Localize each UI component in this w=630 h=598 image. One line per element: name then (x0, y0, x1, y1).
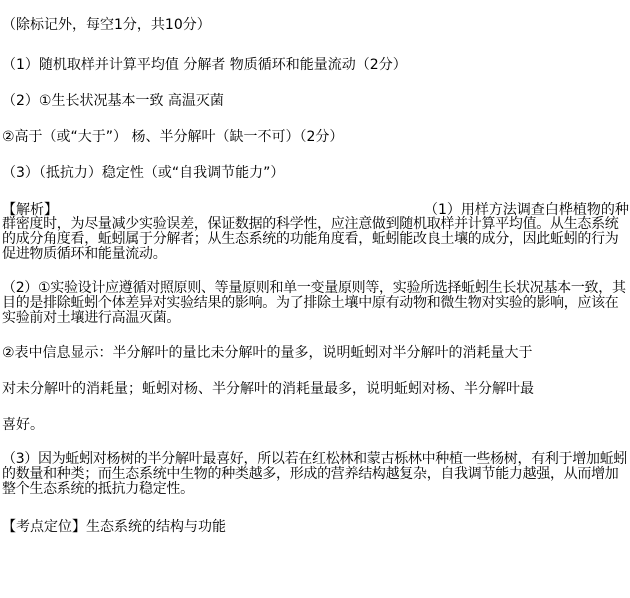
analysis-p2: （2）①实验设计应遵循对照原则、等量原则和单一变量原则等，实验所选择蚯蚓生长状况… (2, 281, 628, 326)
scoring-note: （除标记外，每空1分，共10分） (2, 17, 211, 33)
answer-part3: （3）（抵抗力）稳定性（或“自我调节能力”） (2, 165, 284, 181)
analysis-p3-line2: 对未分解叶的消耗量；蚯蚓对杨、半分解叶的消耗量最多，说明蚯蚓对杨、半分解叶最 (2, 381, 534, 397)
analysis-p3-line3: 喜好。 (2, 417, 44, 433)
knowledge-point: 【考点定位】生态系统的结构与功能 (2, 519, 226, 535)
answer-part2-1: （2）①生长状况基本一致 高温灭菌 (2, 93, 224, 109)
analysis-p4: （3）因为蚯蚓对杨树的半分解叶最喜好，所以若在红松林和蒙古栎林中种植一些杨树，有… (2, 452, 628, 497)
analysis-p1: 群密度时，为尽量减少实验误差，保证数据的科学性，应注意做到随机取样并计算平均值。… (2, 217, 628, 262)
analysis-p3-line1: ②表中信息显示：半分解叶的量比未分解叶的量多，说明蚯蚓对半分解叶的消耗量大于 (2, 345, 533, 361)
answer-part2-2: ②高于（或“大于”） 杨、半分解叶（缺一不可）（2分） (2, 129, 343, 145)
answer-part1: （1）随机取样并计算平均值 分解者 物质循环和能量流动（2分） (2, 57, 407, 73)
